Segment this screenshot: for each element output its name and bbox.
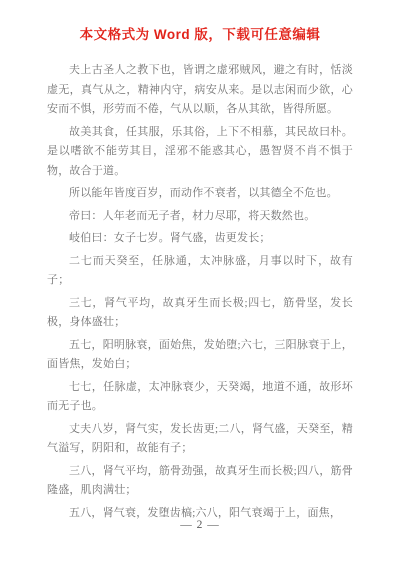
document-page: 本文格式为 Word 版，下载可任意编辑 夫上古圣人之教下也，皆谓之虚邪贼风，避…: [0, 0, 400, 566]
paragraph: 故美其食，任其服，乐其俗，上下不相慕，其民故曰朴。是以嗜欲不能劳其目，淫邪不能惑…: [47, 123, 353, 182]
paragraph: 帝曰：人年老而无子者，材力尽耶，将天数然也。: [47, 207, 353, 227]
paragraph: 三七，肾气平均，故真牙生而长极;四七，筋骨坚，发长极，身体盛壮；: [47, 294, 353, 333]
paragraph: 二七而天癸至，任脉通，太冲脉盛，月事以时下，故有子；: [47, 252, 353, 291]
page-number: — 2 —: [0, 519, 400, 531]
paragraph: 所以能年皆度百岁，而动作不衰者，以其德全不危也。: [47, 184, 353, 204]
paragraph: 五八，肾气衰，发堕齿槁;六八，阳气衰竭于上，面焦，: [47, 504, 353, 520]
paragraph: 三八，肾气平均，筋骨劲强，故真牙生而长极;四八，筋骨隆盛，肌肉满壮；: [47, 462, 353, 501]
paragraph: 岐伯曰：女子七岁。肾气盛，齿更发长；: [47, 229, 353, 249]
paragraph: 七七，任脉虚，太冲脉衰少，天癸竭，地道不通，故形坏而无子也。: [47, 378, 353, 417]
paragraph: 夫上古圣人之教下也，皆谓之虚邪贼风，避之有时，恬淡虚无，真气从之，精神内守，病安…: [47, 61, 353, 120]
format-notice-title: 本文格式为 Word 版，下载可任意编辑: [0, 0, 400, 43]
paragraph: 五七，阳明脉衰，面始焦，发始堕;六七，三阳脉衰于上，面皆焦，发始白；: [47, 336, 353, 375]
paragraph: 丈夫八岁，肾气实，发长齿更;二八，肾气盛，天癸至，精气溢写，阴阳和，故能有子；: [47, 420, 353, 459]
document-body: 夫上古圣人之教下也，皆谓之虚邪贼风，避之有时，恬淡虚无，真气从之，精神内守，病安…: [47, 61, 353, 519]
